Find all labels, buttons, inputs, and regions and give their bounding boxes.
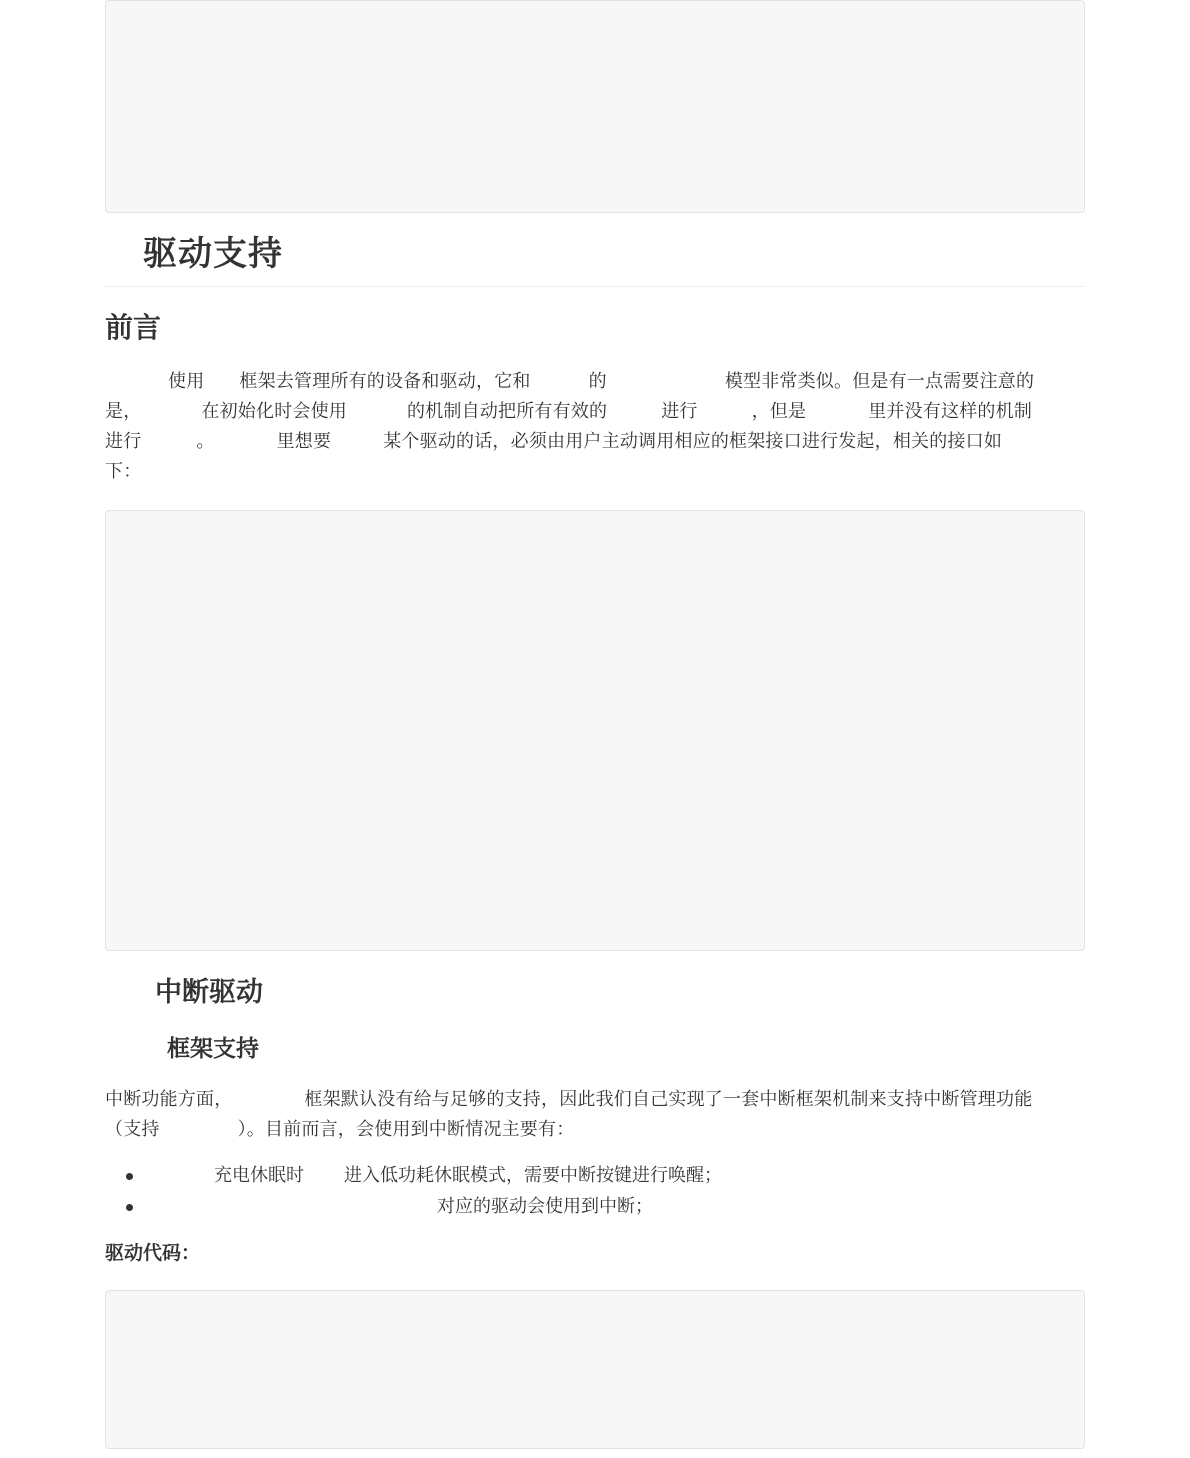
bullet-icon xyxy=(126,1173,133,1180)
driver-code-label: 驱动代码： xyxy=(105,1238,200,1268)
code-block xyxy=(105,1290,1085,1449)
interrupt-heading: 中断驱动 xyxy=(155,973,263,1013)
text-run: 充电休眠时 xyxy=(214,1160,304,1191)
paragraph-line: 下： xyxy=(105,457,1085,487)
text-run: 。 xyxy=(196,431,214,452)
text-run: 框架默认没有给与足够的支持，因此我们自己实现了一套中断框架机制来支持中断管理功能 xyxy=(304,1089,1032,1110)
list-item: 对应的驱动会使用到中断； xyxy=(105,1191,1085,1222)
text-run: 进行 xyxy=(105,431,141,452)
preface-heading: 前言 xyxy=(105,308,161,348)
text-run: 里想要 xyxy=(277,431,332,452)
list-item: 充电休眠时 进入低功耗休眠模式，需要中断按键进行唤醒； xyxy=(105,1160,1085,1191)
text-run: 模型非常类似。但是有一点需要注意的 xyxy=(725,371,1034,392)
framework-subheading: 框架支持 xyxy=(167,1032,259,1066)
text-run: 在初始化时会使用 xyxy=(201,401,347,422)
code-block xyxy=(105,0,1085,213)
section-heading: 驱动支持 xyxy=(105,228,1085,287)
text-run: 下： xyxy=(105,461,141,482)
text-run: 对应的驱动会使用到中断； xyxy=(437,1191,653,1222)
bullet-icon xyxy=(126,1204,133,1211)
text-run: ）。目前而言，会使用到中断情况主要有： xyxy=(238,1119,575,1140)
paragraph-line: 进行。里想要某个驱动的话，必须由用户主动调用相应的框架接口进行发起，相关的接口如 xyxy=(105,427,1085,457)
preface-paragraph: 使用框架去管理所有的设备和驱动，它和的模型非常类似。但是有一点需要注意的 是，在… xyxy=(105,367,1085,487)
paragraph-line: 使用框架去管理所有的设备和驱动，它和的模型非常类似。但是有一点需要注意的 xyxy=(105,367,1085,397)
text-run: 中断功能方面， xyxy=(105,1089,232,1110)
text-run: 是， xyxy=(105,401,141,422)
interrupt-usage-list: 充电休眠时 进入低功耗休眠模式，需要中断按键进行唤醒； 对应的驱动会使用到中断； xyxy=(105,1160,1085,1222)
interrupt-paragraph: 中断功能方面，框架默认没有给与足够的支持，因此我们自己实现了一套中断框架机制来支… xyxy=(105,1085,1085,1145)
text-run: 的机制自动把所有有效的 xyxy=(407,401,607,422)
text-run: 使用 xyxy=(168,371,204,392)
text-run: 的 xyxy=(589,371,607,392)
text-run: 框架去管理所有的设备和驱动，它和 xyxy=(239,371,530,392)
text-run: （支持 xyxy=(105,1119,160,1140)
text-run: 进行 xyxy=(661,401,697,422)
paragraph-line: 是，在初始化时会使用的机制自动把所有有效的进行，但是里并没有这样的机制 xyxy=(105,397,1085,427)
code-block xyxy=(105,510,1085,951)
text-run: 进入低功耗休眠模式，需要中断按键进行唤醒； xyxy=(344,1160,722,1191)
text-run: 某个驱动的话，必须由用户主动调用相应的框架接口进行发起，相关的接口如 xyxy=(383,431,1002,452)
paragraph-line: 中断功能方面，框架默认没有给与足够的支持，因此我们自己实现了一套中断框架机制来支… xyxy=(105,1085,1085,1115)
section-title: 驱动支持 xyxy=(143,228,283,280)
text-run: ，但是 xyxy=(752,401,807,422)
paragraph-line: （支持）。目前而言，会使用到中断情况主要有： xyxy=(105,1115,1085,1145)
text-run: 里并没有这样的机制 xyxy=(868,401,1032,422)
